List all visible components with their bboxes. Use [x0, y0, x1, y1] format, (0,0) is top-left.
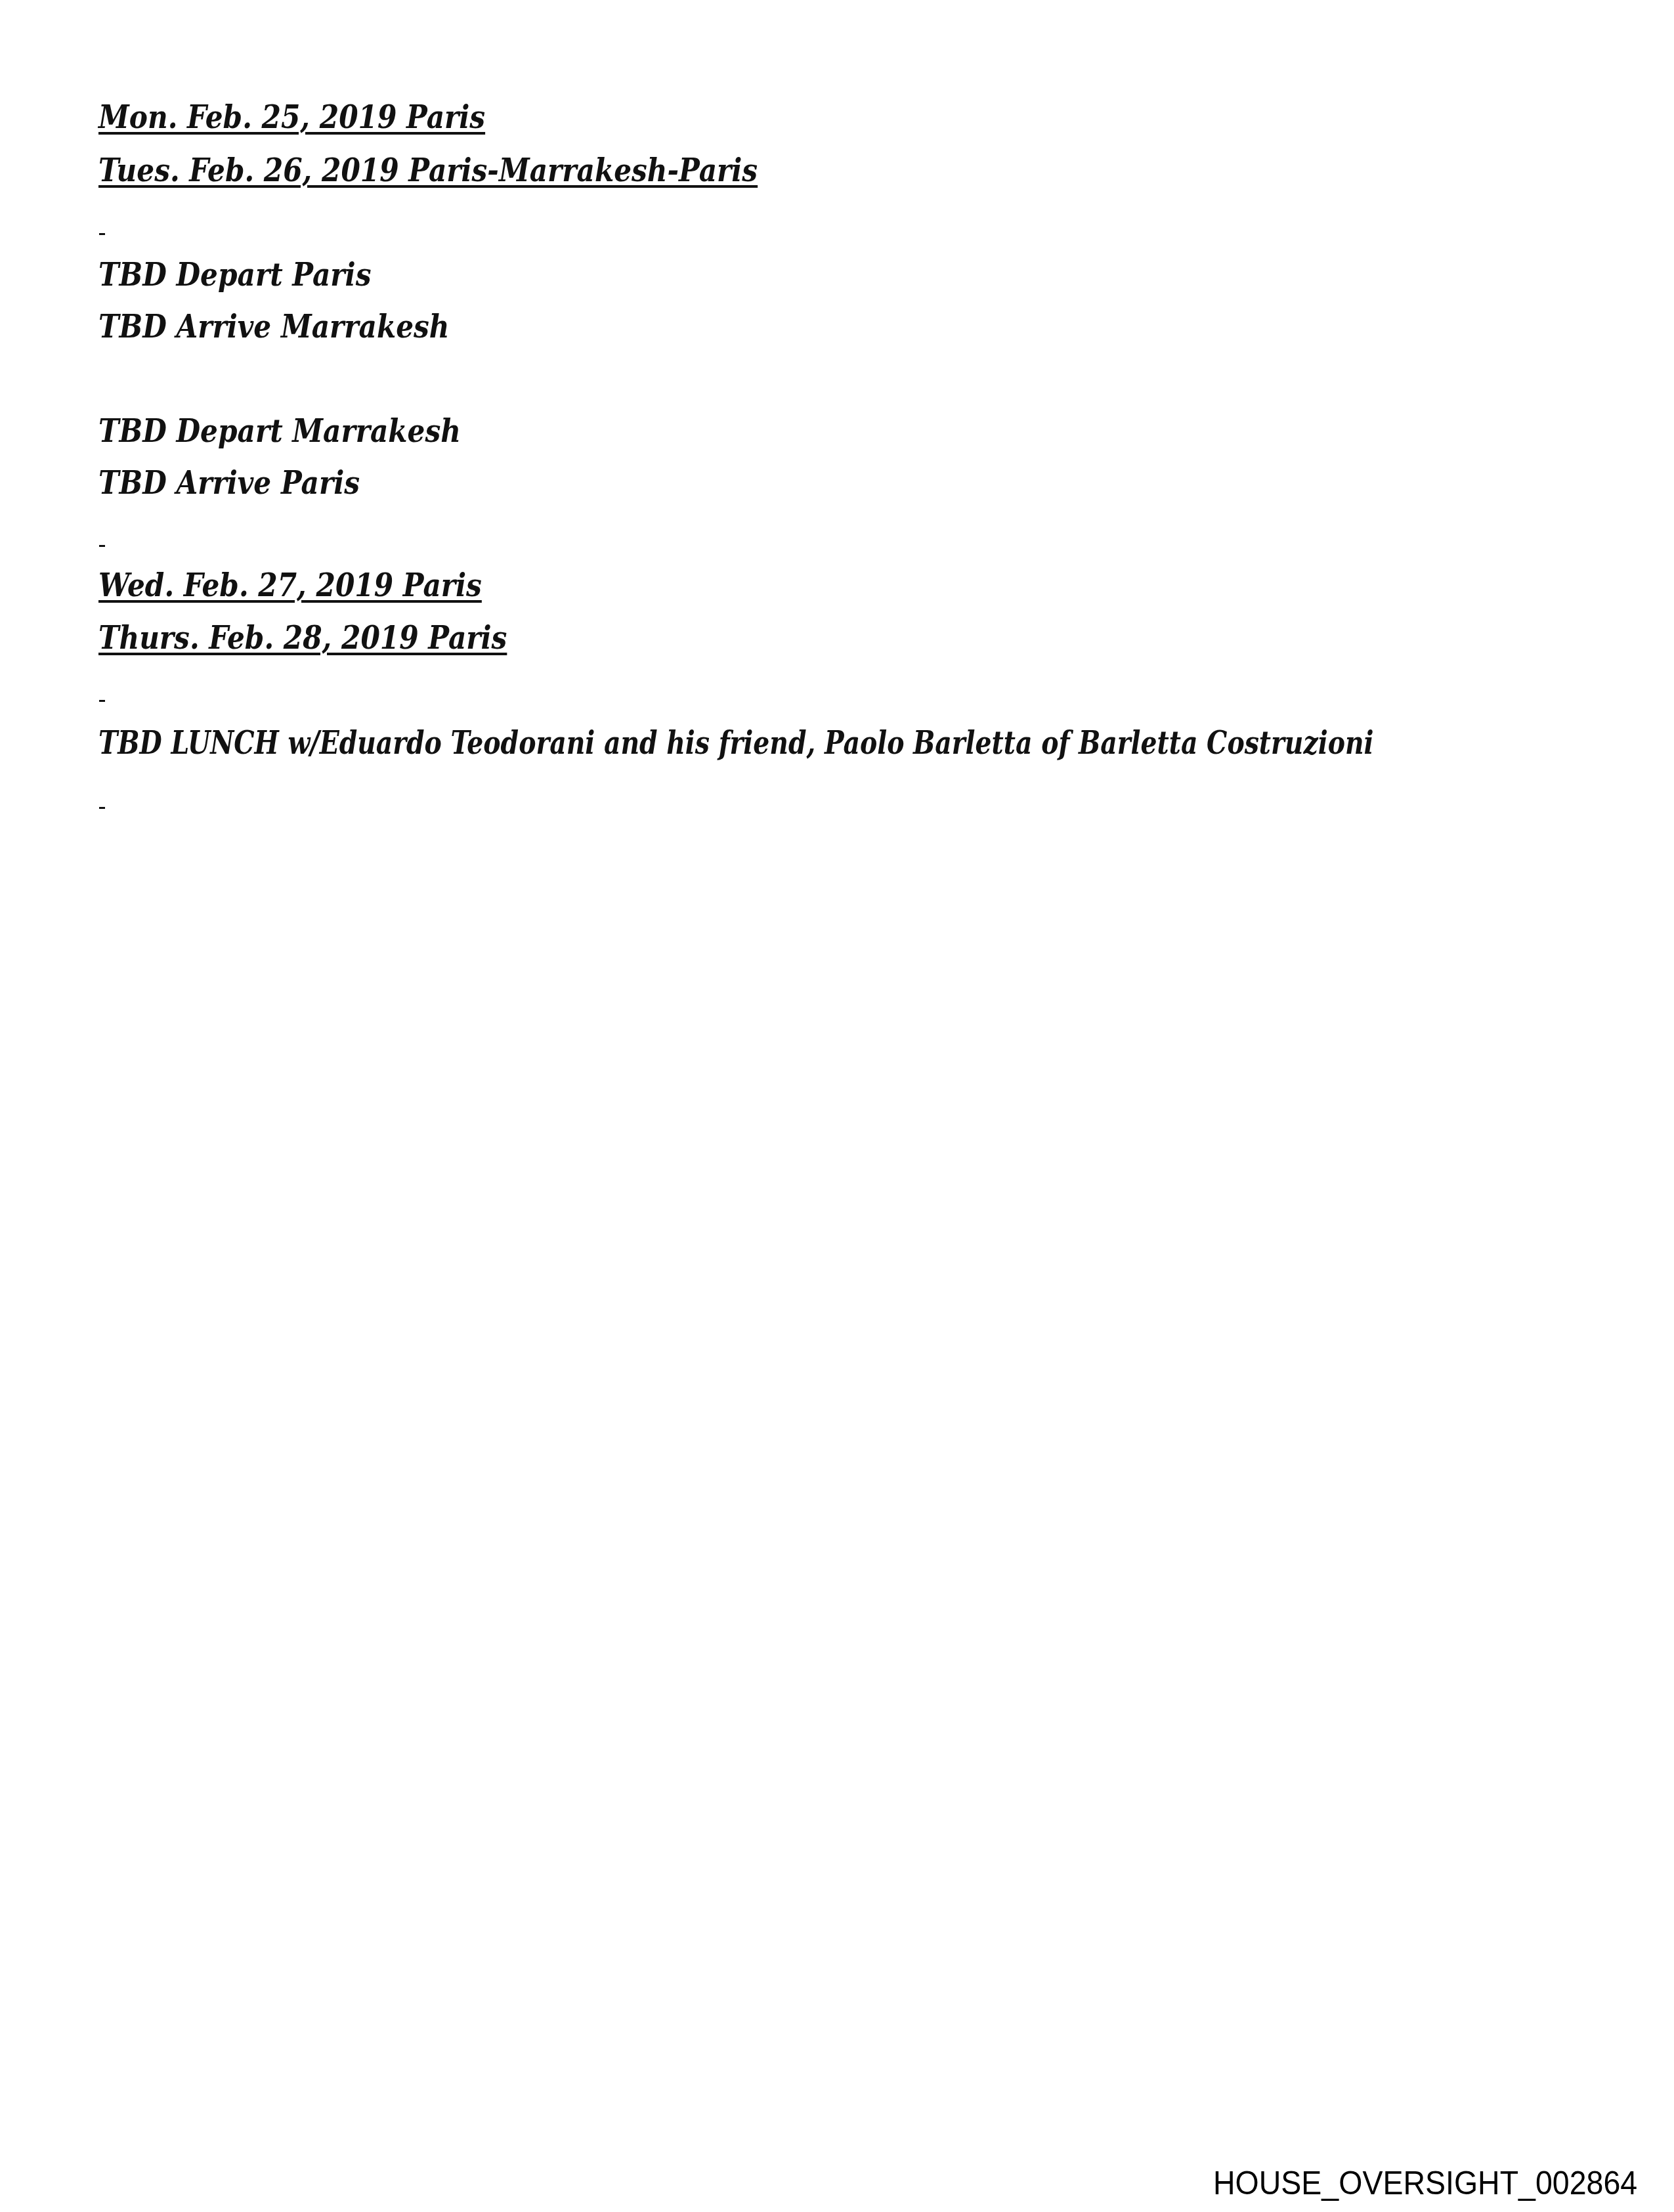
- itinerary-arrive-paris: TBD Arrive Paris: [98, 467, 360, 499]
- itinerary-arrive-marrakesh: TBD Arrive Marrakesh: [98, 311, 450, 343]
- separator-dash: [99, 807, 105, 809]
- separator-dash: [99, 233, 105, 235]
- date-heading-mon: Mon. Feb. 25, 2019 Paris: [98, 102, 485, 133]
- itinerary-depart-paris: TBD Depart Paris: [98, 259, 371, 291]
- itinerary-lunch: TBD LUNCH w/Eduardo Teodorani and his fr…: [98, 727, 1374, 759]
- date-heading-tues: Tues. Feb. 26, 2019 Paris-Marrakesh-Pari…: [98, 155, 758, 186]
- date-heading-thurs: Thurs. Feb. 28, 2019 Paris: [98, 622, 507, 654]
- separator-dash: [99, 545, 105, 547]
- separator-dash: [99, 700, 105, 702]
- itinerary-depart-marrakesh: TBD Depart Marrakesh: [98, 416, 461, 447]
- date-heading-wed: Wed. Feb. 27, 2019 Paris: [98, 570, 482, 601]
- bates-stamp: HOUSE_OVERSIGHT_002864: [1213, 2167, 1637, 2200]
